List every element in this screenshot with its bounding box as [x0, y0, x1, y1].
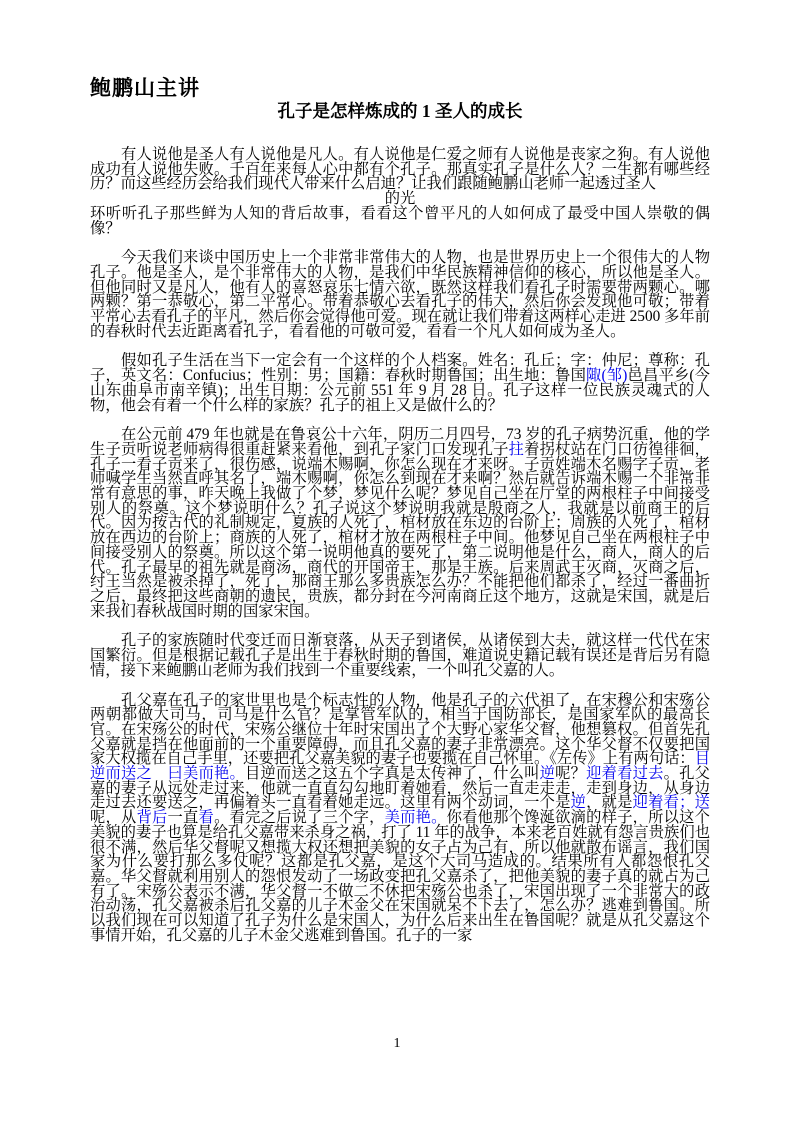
text-run: 你看他那个馋涎欲滴的样子，所以这个美貌的妻子也算是给孔父嘉带来杀身之祸，打了 1… — [90, 809, 710, 944]
paragraph: 孔子的家族随时代变迁而日渐衰落，从天子到诸侯，从诸侯到大夫，就这样一代代在宋国繁… — [90, 634, 710, 678]
text-run: 有人说他是圣人有人说他是凡人。有人说他是仁爱之师有人说他是丧家之狗。有人说他成功… — [90, 146, 710, 192]
document-content: 鲍鹏山主讲 孔子是怎样炼成的 1 圣人的成长 有人说他是圣人有人说他是凡人。有人… — [90, 76, 710, 943]
paragraph: 孔父嘉在孔子的家世里也是个标志性的人物，他是孔子的六代祖了，在宋穆公和宋殇公两朝… — [90, 694, 710, 944]
paragraph: 环听听孔子那些鲜为人知的背后故事，看看这个曾平凡的人如何成了最受中国人崇敬的偶像… — [90, 207, 710, 236]
text-run: 孔子的家族随时代变迁而日渐衰落，从天子到诸侯，从诸侯到大夫，就这样一代代在宋国繁… — [90, 632, 710, 678]
paragraph: 假如孔子生活在当下一定会有一个这样的个人档案。姓名：孔丘；字：仲尼；尊称：孔子，… — [90, 354, 710, 413]
paragraph: 有人说他是圣人有人说他是凡人。有人说他是仁爱之师有人说他是丧家之狗。有人说他成功… — [90, 148, 710, 192]
text-run: 孔父嘉在孔子的家世里也是个标志性的人物，他是孔子的六代祖了，在宋穆公和宋殇公两朝… — [90, 692, 710, 768]
paragraph: 今天我们来谈中国历史上一个非常非常伟大的人物，也是世界历史上一个很伟大的人物孔子… — [90, 251, 710, 339]
page-title: 孔子是怎样炼成的 1 圣人的成长 — [90, 101, 710, 121]
lecturer-name: 鲍鹏山主讲 — [90, 76, 710, 100]
document-page: 鲍鹏山主讲 孔子是怎样炼成的 1 圣人的成长 有人说他是圣人有人说他是凡人。有人… — [0, 0, 794, 1123]
document-body: 有人说他是圣人有人说他是凡人。有人说他是仁爱之师有人说他是丧家之狗。有人说他成功… — [90, 148, 710, 943]
page-number: 1 — [0, 1036, 794, 1052]
text-run: 环听听孔子那些鲜为人知的背后故事，看看这个曾平凡的人如何成了最受中国人崇敬的偶像… — [90, 205, 710, 237]
text-run: 今天我们来谈中国历史上一个非常非常伟大的人物，也是世界历史上一个很伟大的人物孔子… — [90, 249, 710, 340]
text-run: 着拐杖站在门口彷徨徘徊，孔子一看子贡来了，很伤感，说端木赐啊，你怎么现在才来呀。… — [90, 441, 710, 620]
paragraph: 在公元前 479 年也就是在鲁哀公十六年，阴历二月四号，73 岁的孔子病势沉重，… — [90, 428, 710, 619]
